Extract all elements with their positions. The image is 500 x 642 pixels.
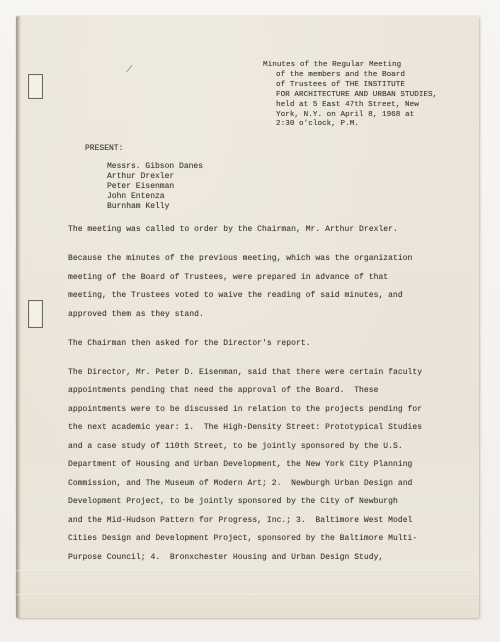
- attendee-list: Messrs. Gibson DanesArthur DrexlerPeter …: [107, 162, 203, 212]
- header-line: of the members and the Board: [263, 71, 437, 81]
- attendee-line: Arthur Drexler: [107, 172, 203, 182]
- body-line: Development Project, to be jointly spons…: [68, 493, 422, 512]
- body-line: meeting of the Board of Trustees, were p…: [68, 269, 422, 288]
- attendee-line: John Entenza: [107, 192, 203, 202]
- body-line: and the Mid-Hudson Pattern for Progress,…: [68, 512, 422, 531]
- paragraph: The meeting was called to order by the C…: [68, 221, 422, 240]
- body-line: The Director, Mr. Peter D. Eisenman, sai…: [68, 364, 422, 383]
- header-line: FOR ARCHITECTURE AND URBAN STUDIES,: [263, 91, 437, 101]
- punch-hole-middle: [28, 300, 43, 328]
- paper-left-edge-shadow: [16, 16, 21, 618]
- header-line: 2:30 o'clock, P.M.: [263, 120, 437, 130]
- paragraph: The Chairman then asked for the Director…: [68, 335, 422, 354]
- body-line: the next academic year: 1. The High-Dens…: [68, 419, 422, 438]
- body-line: Because the minutes of the previous meet…: [68, 250, 422, 269]
- body-line: meeting, the Trustees voted to waive the…: [68, 287, 422, 306]
- body-line: appointments pending that need the appro…: [68, 382, 422, 401]
- body-line: The Chairman then asked for the Director…: [68, 335, 422, 354]
- minutes-body: The meeting was called to order by the C…: [68, 221, 422, 578]
- pencil-mark: /: [125, 65, 133, 77]
- body-line: and a case study of 110th Street, to be …: [68, 438, 422, 457]
- body-line: Cities Design and Development Project, s…: [68, 530, 422, 549]
- body-line: The meeting was called to order by the C…: [68, 221, 422, 240]
- attendee-line: Burnham Kelly: [107, 202, 203, 212]
- attendee-line: Peter Eisenman: [107, 182, 203, 192]
- paper-crease: [16, 594, 479, 596]
- attendee-line: Messrs. Gibson Danes: [107, 162, 203, 172]
- header-line: of Trustees of THE INSTITUTE: [263, 81, 437, 91]
- header-line: York, N.Y. on April 8, 1968 at: [263, 111, 437, 121]
- paragraph: Because the minutes of the previous meet…: [68, 250, 422, 324]
- header-line: Minutes of the Regular Meeting: [263, 61, 437, 71]
- present-label: PRESENT:: [85, 144, 123, 153]
- scan-background: / Minutes of the Regular Meetingof the m…: [0, 0, 500, 642]
- body-line: Commission, and The Museum of Modern Art…: [68, 475, 422, 494]
- body-line: approved them as they stand.: [68, 306, 422, 325]
- body-line: Purpose Council; 4. Bronxchester Housing…: [68, 549, 422, 568]
- body-line: appointments were to be discussed in rel…: [68, 401, 422, 420]
- body-line: Department of Housing and Urban Developm…: [68, 456, 422, 475]
- header-line: held at 5 East 47th Street, New: [263, 101, 437, 111]
- punch-hole-top: [28, 74, 43, 99]
- meeting-header-block: Minutes of the Regular Meetingof the mem…: [263, 61, 437, 130]
- document-page: / Minutes of the Regular Meetingof the m…: [16, 16, 479, 618]
- paragraph: The Director, Mr. Peter D. Eisenman, sai…: [68, 364, 422, 568]
